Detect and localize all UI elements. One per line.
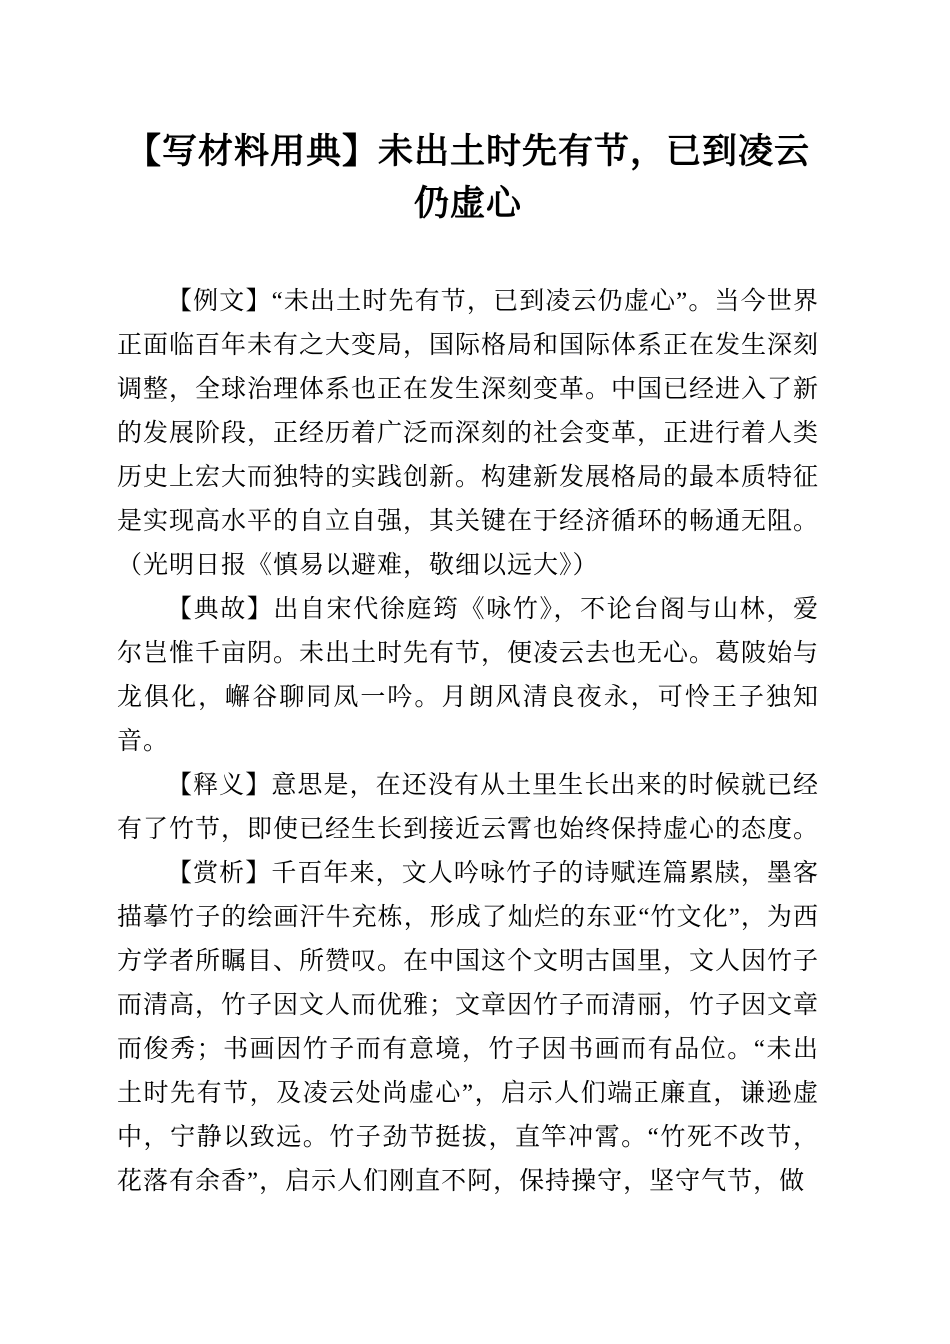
paragraph-example-text: 【例文】“未出土时先有节，已到凌云仍虚心”。当今世界正面临百年未有之大变局，国际… (117, 280, 819, 588)
paragraph-definition: 【释义】意思是，在还没有从土里生长出来的时候就已经有了竹节，即使已经生长到接近云… (117, 764, 819, 852)
paragraph-appreciation: 【赏析】千百年来，文人吟咏竹子的诗赋连篇累牍，墨客描摹竹子的绘画汗牛充栋，形成了… (117, 852, 819, 1204)
paragraph-allusion: 【典故】出自宋代徐庭筠《咏竹》，不论台阁与山林，爱尔岂惟千亩阴。未出土时先有节，… (117, 588, 819, 764)
document-title: 【写材料用典】未出土时先有节，已到凌云仍虚心 (117, 126, 819, 230)
document-page: 【写材料用典】未出土时先有节，已到凌云仍虚心 【例文】“未出土时先有节，已到凌云… (0, 0, 950, 1344)
